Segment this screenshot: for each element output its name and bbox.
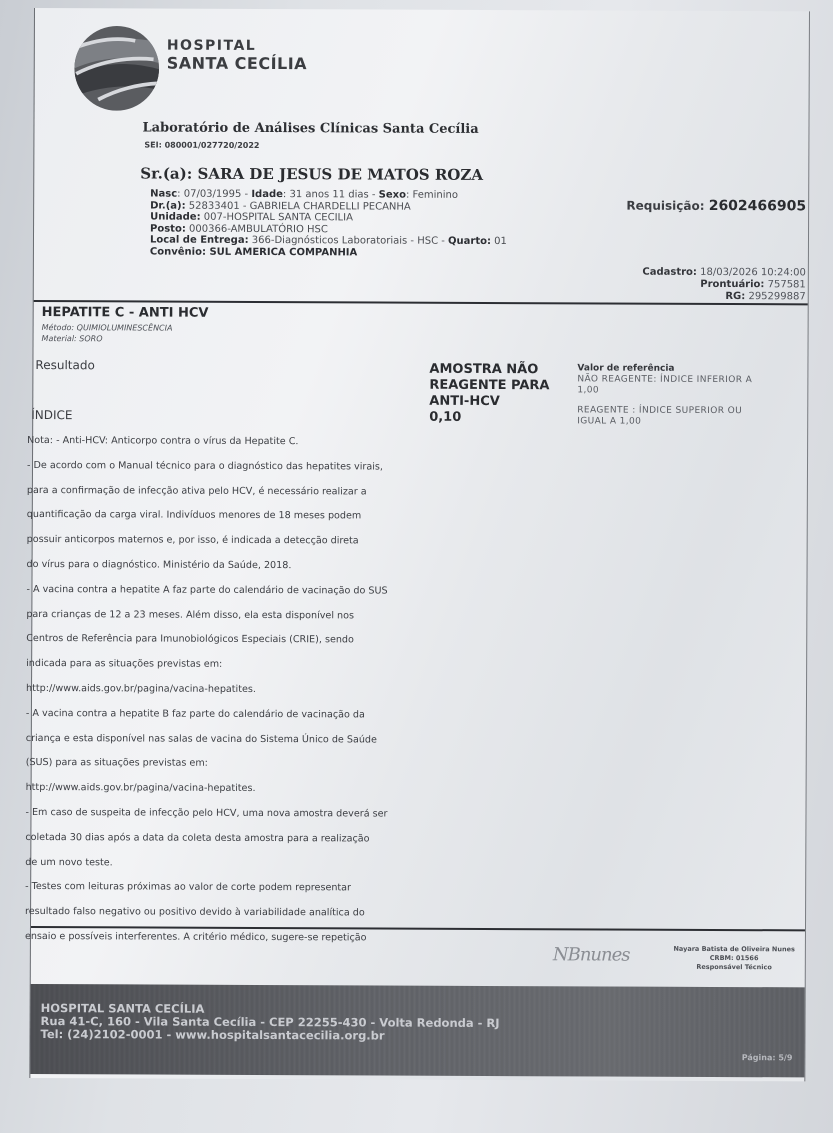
convenio-line: Convênio: SUL AMERICA COMPANHIA [150, 246, 507, 259]
exam-method: Método: QUIMIOLUMINESCÊNCIA [42, 322, 173, 334]
reference-values: Valor de referência NÃO REAGENTE: ÍNDICE… [577, 363, 752, 428]
footer-address: HOSPITAL SANTA CECÍLIA Rua 41-C, 160 - V… [40, 1002, 499, 1043]
exam-notes: Nota: - Anti-HCV: Anticorpo contra o vír… [25, 434, 497, 957]
hospital-globe-logo-icon [71, 22, 163, 114]
requisition-label: Requisição: [626, 199, 708, 213]
result-line: AMOSTRA NÃO [429, 362, 549, 379]
reference-line: 1,00 [577, 385, 752, 397]
quarto-label: Quarto: [448, 236, 491, 247]
footer-band: HOSPITAL SANTA CECÍLIA Rua 41-C, 160 - V… [30, 984, 804, 1077]
note-line: de um novo teste. [25, 856, 495, 883]
signature-scribble: NBnunes [553, 944, 630, 965]
note-line: quantificação da carga viral. Indivíduos… [27, 508, 497, 535]
cadastro-value: 18/03/2026 10:24:00 [697, 267, 806, 278]
result-line: REAGENTE PARA [429, 378, 549, 395]
note-line: indicada para as situações previstas em: [26, 657, 496, 684]
convenio-value: SUL AMERICA COMPANHIA [206, 246, 357, 258]
note-line: Centros de Referência para Imunobiológic… [26, 632, 496, 659]
convenio-label: Convênio: [150, 246, 206, 257]
hospital-name-line2: SANTA CECÍLIA [167, 55, 307, 74]
signature-name: Nayara Batista de Oliveira Nunes [673, 945, 794, 955]
local-label: Local de Entrega: [150, 235, 249, 246]
registry-info: Cadastro: 18/03/2026 10:24:00 Prontuário… [642, 267, 806, 304]
requisition-number: 2602466905 [709, 198, 806, 214]
note-line: - Em caso de suspeita de infecção pelo H… [25, 806, 495, 833]
page-number: Página: 5/9 [742, 1053, 793, 1062]
nasc-label: Nasc [150, 189, 177, 200]
exam-title: HEPATITE C - ANTI HCV [42, 305, 209, 321]
note-line: - A vacina contra a hepatite A faz parte… [26, 583, 496, 610]
rg-value: 295299887 [745, 291, 806, 302]
reference-title: Valor de referência [577, 363, 752, 375]
doctor-value: 52833401 - GABRIELA CHARDELLI PECANHA [186, 200, 411, 212]
reference-line: IGUAL A 1,00 [577, 416, 752, 428]
patient-name: Sr.(a): SARA DE JESUS DE MATOS ROZA [140, 164, 483, 183]
posto-value: 000366-AMBULATÓRIO HSC [186, 223, 328, 235]
note-line: do vírus para o diagnóstico. Ministério … [26, 558, 496, 585]
nasc-value: : 07/03/1995 - [177, 189, 251, 200]
hospital-name: HOSPITAL SANTA CECÍLIA [167, 37, 307, 74]
idade-label: Idade [251, 189, 283, 200]
patient-info: Nasc: 07/03/1995 - Idade: 31 anos 11 dia… [150, 189, 507, 260]
index-label: ÍNDICE [31, 408, 72, 422]
note-line: ensaio e possíveis interferentes. A crit… [25, 930, 495, 957]
local-value: 366-Diagnósticos Laboratoriais - HSC - [249, 235, 448, 247]
note-line: - De acordo com o Manual técnico para o … [27, 459, 497, 486]
result-value: AMOSTRA NÃO REAGENTE PARA ANTI-HCV 0,10 [429, 362, 549, 427]
result-line: ANTI-HCV [429, 394, 549, 411]
note-line: http://www.aids.gov.br/pagina/vacina-hep… [26, 781, 496, 808]
note-line: - Testes com leituras próximas ao valor … [25, 880, 495, 907]
note-line: (SUS) para as situações previstas em: [26, 756, 496, 783]
note-line: Nota: - Anti-HCV: Anticorpo contra o vír… [27, 434, 497, 461]
note-line: para crianças de 12 a 23 meses. Além dis… [26, 608, 496, 635]
requisition: Requisição: 2602466905 [626, 198, 806, 215]
note-line: criança e esta disponível nas salas de v… [26, 732, 496, 759]
index-value: 0,10 [429, 410, 549, 427]
reference-line: REAGENTE : ÍNDICE SUPERIOR OU [577, 405, 752, 417]
signature-role: Responsável Técnico [673, 963, 794, 973]
note-line: coletada 30 dias após a data da coleta d… [25, 831, 495, 858]
result-label: Resultado [35, 358, 94, 372]
lab-report-page: HOSPITAL SANTA CECÍLIA Laboratório de An… [29, 8, 810, 1081]
note-line: http://www.aids.gov.br/pagina/vacina-hep… [26, 682, 496, 709]
note-line: - A vacina contra a hepatite B faz parte… [26, 707, 496, 734]
doctor-label: Dr.(a): [150, 200, 186, 211]
lab-title: Laboratório de Análises Clínicas Santa C… [142, 120, 478, 136]
quarto-value: 01 [491, 236, 507, 247]
unidade-value: 007-HOSPITAL SANTA CECILIA [201, 212, 353, 224]
unidade-label: Unidade: [150, 212, 201, 223]
rg-label: RG: [725, 291, 745, 302]
reference-line: NÃO REAGENTE: ÍNDICE INFERIOR A [577, 374, 752, 386]
footer-contact: Tel: (24)2102-0001 - www.hospitalsantace… [40, 1028, 499, 1043]
prontuario-value: 757581 [764, 279, 805, 290]
idade-value: : 31 anos 11 dias - [283, 189, 379, 200]
cadastro-label: Cadastro: [642, 267, 697, 278]
note-line: para a confirmação de infecção ativa pel… [27, 484, 497, 511]
note-line: possuir anticorpos maternos e, por isso,… [27, 533, 497, 560]
prontuario-label: Prontuário: [700, 279, 764, 290]
exam-meta: Método: QUIMIOLUMINESCÊNCIA Material: SO… [42, 322, 173, 345]
posto-label: Posto: [150, 223, 186, 234]
responsible-signature: Nayara Batista de Oliveira Nunes CRBM: 0… [673, 945, 795, 973]
exam-material: Material: SORO [42, 333, 173, 345]
sexo-value: : Feminino [406, 190, 458, 201]
sei-number: SEI: 080001/027720/2022 [144, 140, 259, 150]
sexo-label: Sexo [379, 190, 406, 201]
hospital-name-line1: HOSPITAL [167, 37, 307, 56]
